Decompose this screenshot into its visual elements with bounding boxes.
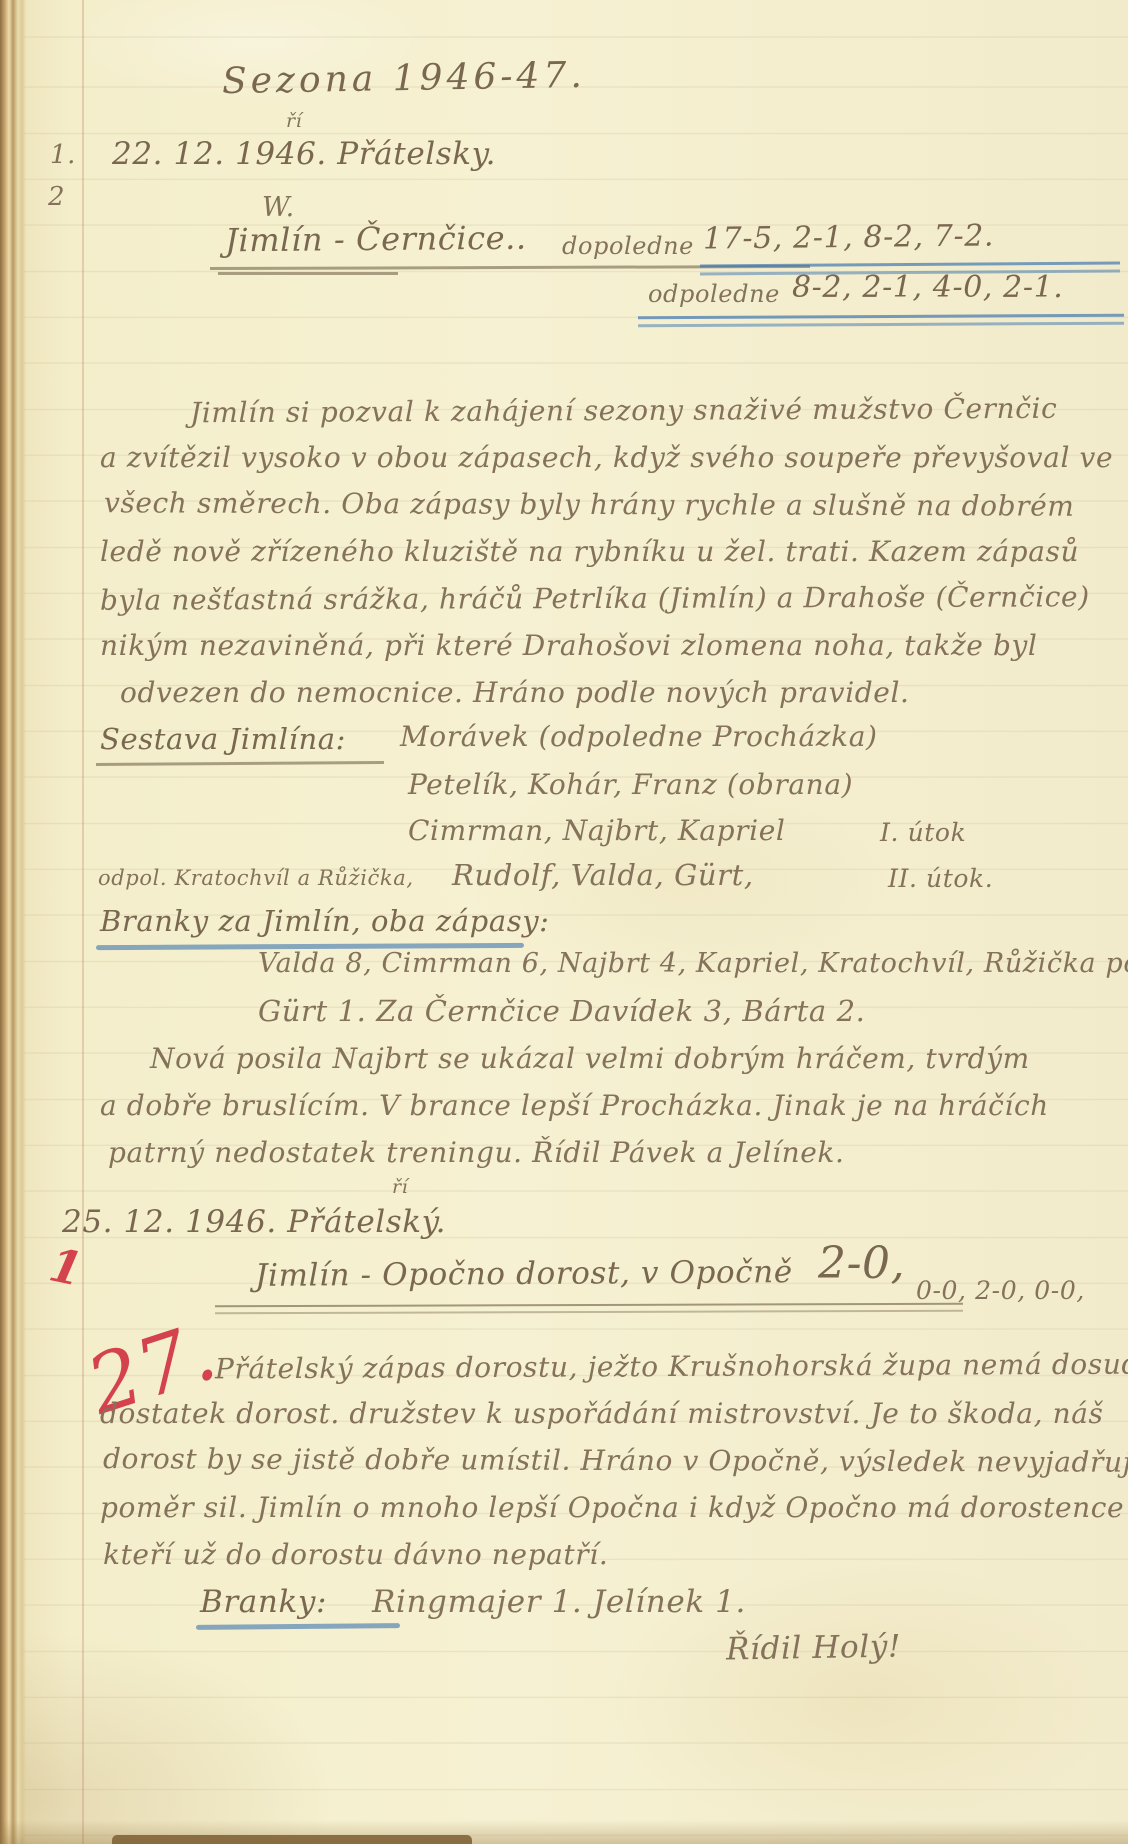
entry2-correction-mark: ří	[392, 1176, 408, 1198]
entry1-session1-label: dopoledne	[562, 232, 694, 260]
entry1-match-title: Jimlín - Černčice..	[225, 219, 527, 260]
margin-index-2: 2	[48, 182, 65, 212]
margin-line	[82, 0, 84, 1844]
entry1-lineup-defense: Petelík, Kohár, Franz (obrana)	[408, 768, 853, 801]
entry1-report-line: a zvítězil vysoko v obou zápasech, když …	[100, 441, 1113, 474]
entry1-date-line: 22. 12. 1946. Přátelsky.	[112, 136, 496, 172]
entry1-report-line: Jimlín si pozval k zahájení sezony snaži…	[190, 392, 1058, 430]
margin-index-1: 1.	[50, 140, 76, 170]
page-title: Sezona 1946-47.	[222, 55, 586, 102]
entry1-report-line: odvezen do nemocnice. Hráno podle nových…	[120, 676, 910, 709]
entry1-small-mark: W.	[262, 192, 295, 223]
entry1-comment-line: patrný nedostatek treningu. Řídil Pávek …	[108, 1136, 844, 1169]
entry1-score2-underline-blue	[638, 314, 1124, 328]
entry2-score-thirds: 0-0, 2-0, 0-0,	[916, 1276, 1085, 1305]
entry2-date-line: 25. 12. 1946. Přátelský.	[62, 1204, 446, 1240]
entry1-lineup-label: Sestava Jimlína:	[100, 722, 346, 756]
entry2-goals-underline-blue	[196, 1623, 400, 1630]
entry2-report-line: dorost by se jistě dobře umístil. Hráno …	[103, 1442, 1128, 1479]
entry1-goals-label: Branky za Jimlín, oba zápasy:	[100, 904, 550, 938]
entry2-report-line: Přátelský zápas dorostu, ježto Krušnohor…	[215, 1348, 1128, 1386]
entry1-lineup-attack2: Rudolf, Valda, Gürt,	[452, 858, 754, 892]
entry1-session1-score: 17-5, 2-1, 8-2, 7-2.	[703, 218, 994, 256]
entry1-match-underline-2	[218, 272, 398, 275]
entry2-report-line: kteří už do dorostu dávno nepatří.	[103, 1538, 608, 1571]
entry2-report-line: dostatek dorost. družstev k uspořádání m…	[100, 1397, 1103, 1430]
entry1-goals-line1: Valda 8, Cimrman 6, Najbrt 4, Kapriel, K…	[258, 948, 1128, 979]
entry2-match-underline	[215, 1303, 963, 1315]
entry1-lineup-goalkeeper: Morávek (odpoledne Procházka)	[400, 720, 878, 753]
entry1-lineup-attack2-note: odpol. Kratochvíl a Růžička,	[98, 866, 414, 890]
entry2-goals-label: Branky:	[200, 1584, 327, 1620]
entry1-lineup-underline	[96, 761, 384, 766]
entry1-lineup-attack2-unit: II. útok.	[888, 864, 993, 893]
entry1-report-line: všech směrech. Oba zápasy byly hrány ryc…	[104, 486, 1075, 522]
page-bottom-wear	[112, 1835, 472, 1844]
entry1-lineup-attack1: Cimrman, Najbrt, Kapriel	[408, 814, 785, 847]
entry2-goals-text: Ringmajer 1. Jelínek 1.	[372, 1584, 746, 1620]
entry2-margin-red-number: 1	[45, 1237, 88, 1296]
entry1-report-line: nikým nezaviněná, při které Drahošovi zl…	[100, 629, 1037, 662]
entry1-goals-line2: Gürt 1. Za Černčice Davídek 3, Bárta 2.	[258, 994, 865, 1028]
notebook-page: Sezona 1946-47. 1. 2 22. 12. 1946. Přáte…	[0, 0, 1128, 1844]
entry1-session2-score: 8-2, 2-1, 4-0, 2-1.	[792, 270, 1063, 305]
entry1-lineup-attack1-unit: I. útok	[880, 818, 966, 847]
entry1-comment-line: a dobře bruslícím. V brance lepší Prochá…	[100, 1089, 1049, 1122]
entry2-report-line: poměr sil. Jimlín o mnoho lepší Opočna i…	[100, 1491, 1124, 1524]
entry2-referee: Řídil Holý!	[726, 1628, 902, 1667]
entry1-report-line: ledě nově zřízeného kluziště na rybníku …	[100, 535, 1079, 568]
entry1-session2-label: odpoledne	[648, 280, 780, 308]
entry1-comment-line: Nová posila Najbrt se ukázal velmi dobrý…	[150, 1042, 1030, 1075]
entry2-score-main: 2-0,	[818, 1238, 905, 1289]
entry1-report-line: byla nešťastná srážka, hráčů Petrlíka (J…	[100, 580, 1090, 616]
entry1-correction-mark: ří	[286, 110, 302, 132]
entry2-match-title: Jimlín - Opočno dorost, v Opočně	[255, 1254, 793, 1294]
binding-edge	[0, 0, 26, 1844]
